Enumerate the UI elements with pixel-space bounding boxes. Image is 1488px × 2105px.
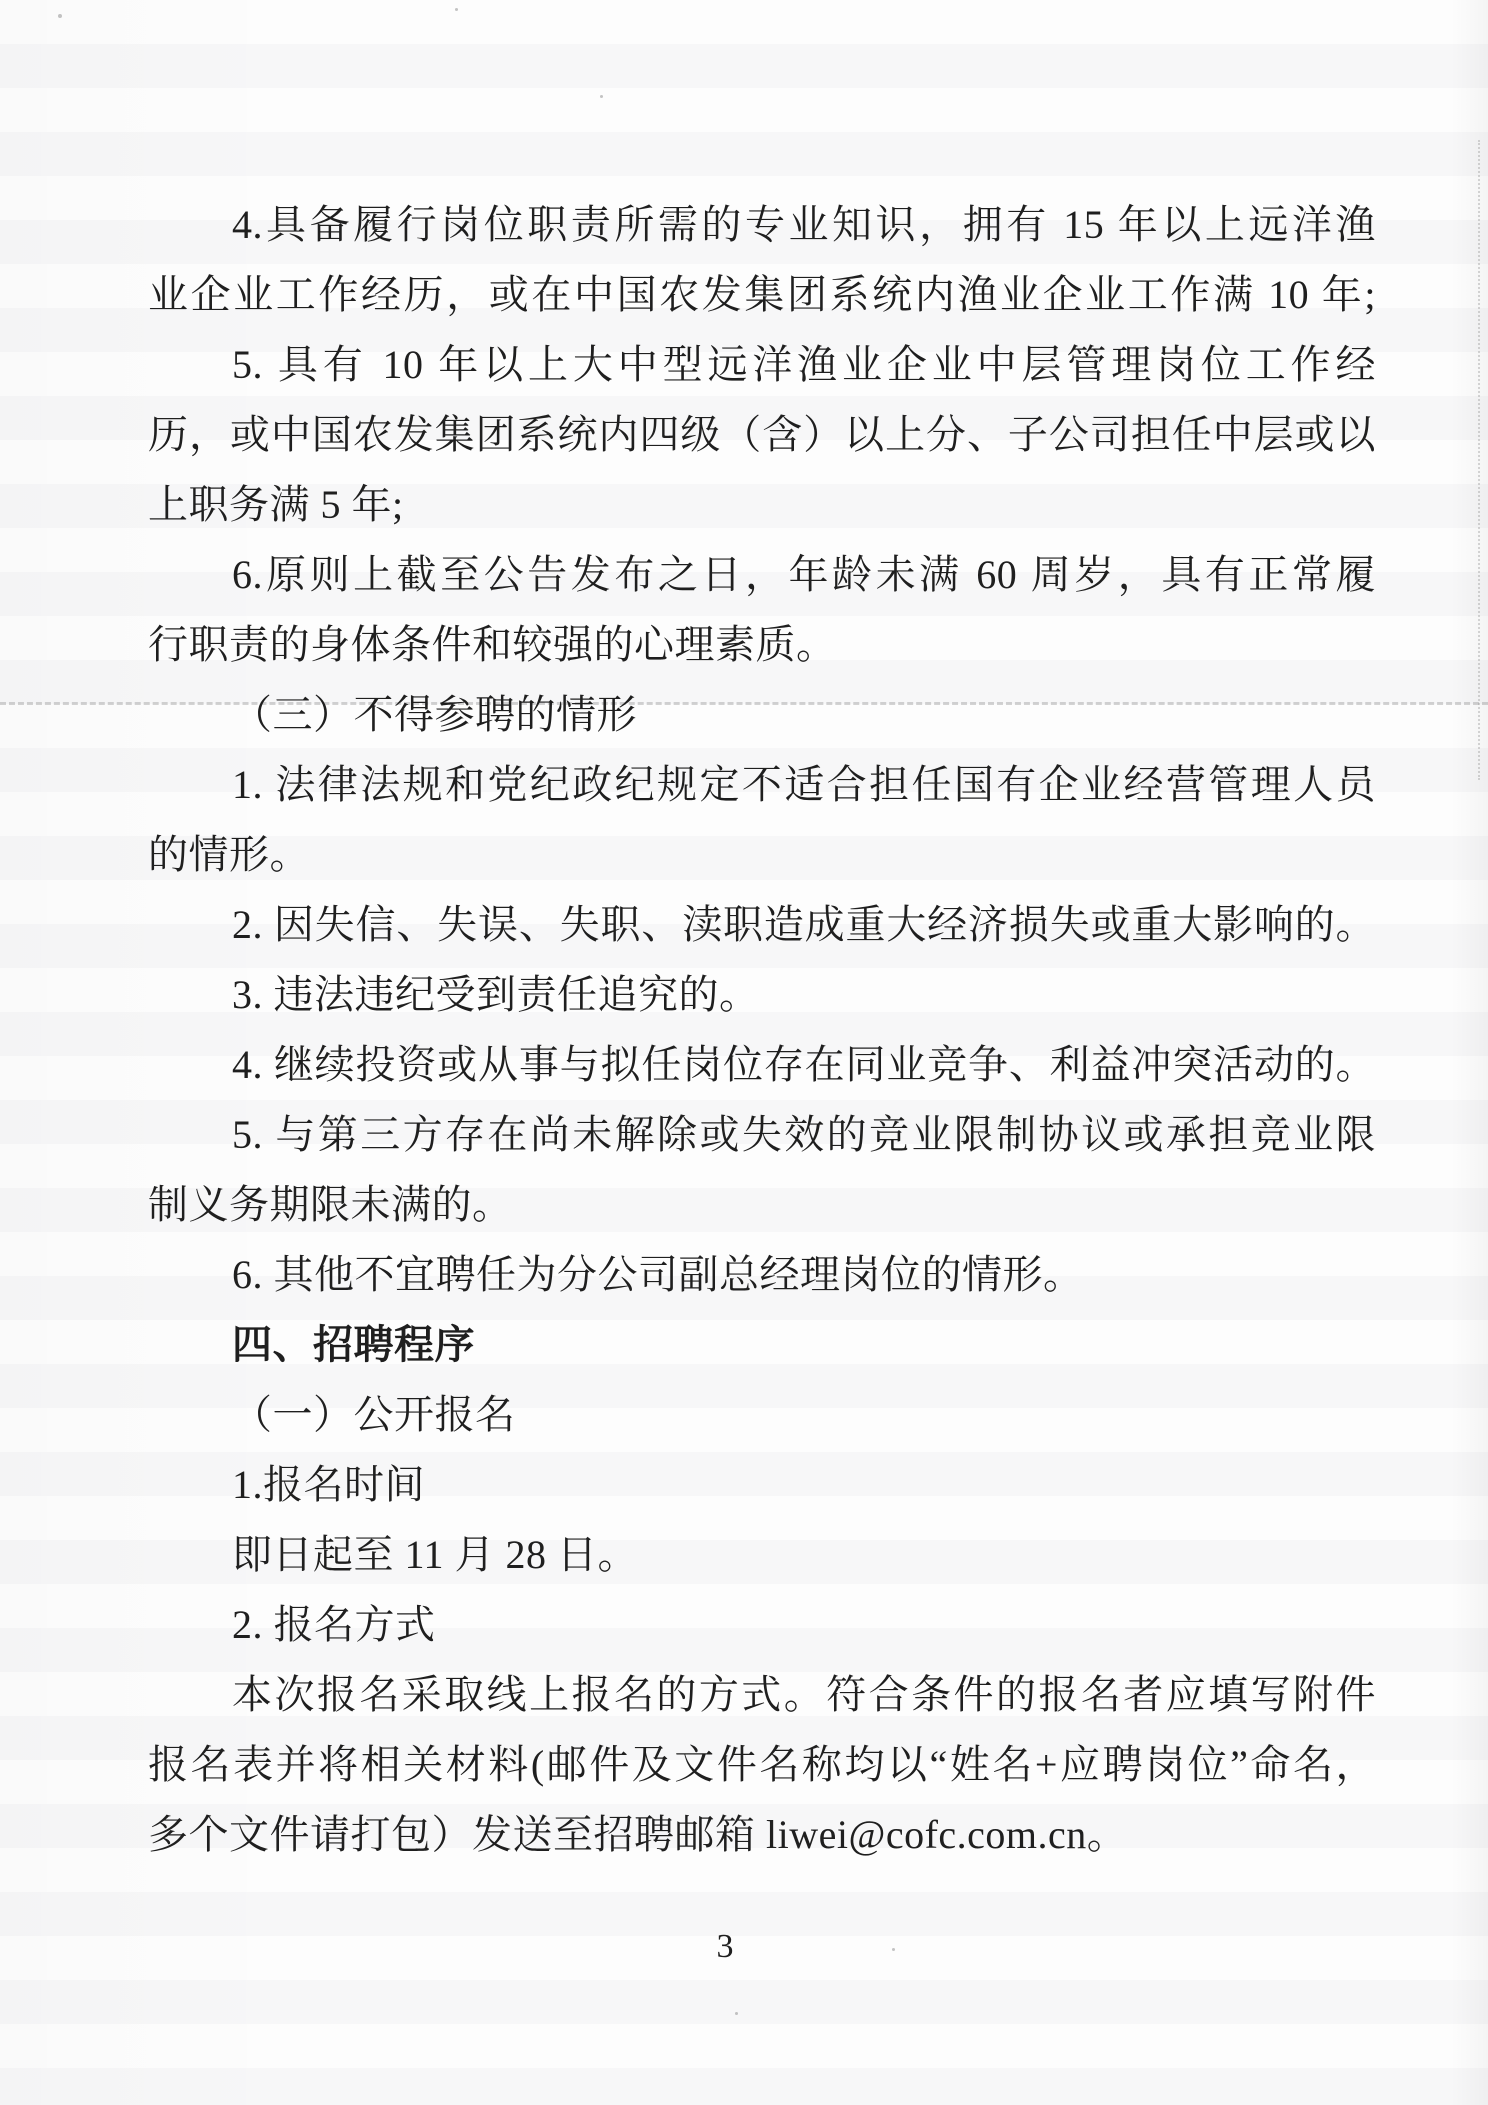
document-line: 6. 其他不宜聘任为分公司副总经理岗位的情形。 (148, 1240, 1376, 1310)
document-line: 即日起至 11 月 28 日。 (148, 1520, 1376, 1590)
document-body: 4.具备履行岗位职责所需的专业知识，拥有 15 年以上远洋渔业企业工作经历，或在… (148, 190, 1376, 1870)
document-line: 上职务满 5 年; (148, 470, 1376, 540)
scan-speck (455, 8, 458, 11)
document-line: 4. 继续投资或从事与拟任岗位存在同业竞争、利益冲突活动的。 (148, 1030, 1376, 1100)
document-line: 报名表并将相关材料(邮件及文件名称均以“姓名+应聘岗位”命名， (148, 1730, 1376, 1800)
document-line: 历，或中国农发集团系统内四级（含）以上分、子公司担任中层或以 (148, 400, 1376, 470)
document-line: 3. 违法违纪受到责任追究的。 (148, 960, 1376, 1030)
scan-edge-marks (1478, 140, 1480, 780)
document-line: 制义务期限未满的。 (148, 1170, 1376, 1240)
document-line: 的情形。 (148, 820, 1376, 890)
document-line: 1.报名时间 (148, 1450, 1376, 1520)
document-line: 5. 具有 10 年以上大中型远洋渔业企业中层管理岗位工作经 (148, 330, 1376, 400)
scan-speck (58, 14, 62, 18)
document-line: 多个文件请打包）发送至招聘邮箱 liwei@cofc.com.cn。 (148, 1800, 1376, 1870)
document-line: 1. 法律法规和党纪政纪规定不适合担任国有企业经营管理人员 (148, 750, 1376, 820)
document-line: 2. 因失信、失误、失职、渎职造成重大经济损失或重大影响的。 (148, 890, 1376, 960)
scan-speck (735, 2012, 738, 2015)
document-line: 业企业工作经历，或在中国农发集团系统内渔业企业工作满 10 年; (148, 260, 1376, 330)
document-line: 四、招聘程序 (148, 1310, 1376, 1380)
document-line: 本次报名采取线上报名的方式。符合条件的报名者应填写附件 (148, 1660, 1376, 1730)
document-line: 5. 与第三方存在尚未解除或失效的竞业限制协议或承担竞业限 (148, 1100, 1376, 1170)
document-line: 6.原则上截至公告发布之日，年龄未满 60 周岁，具有正常履 (148, 540, 1376, 610)
document-line: 4.具备履行岗位职责所需的专业知识，拥有 15 年以上远洋渔 (148, 190, 1376, 260)
scanned-page: 4.具备履行岗位职责所需的专业知识，拥有 15 年以上远洋渔业企业工作经历，或在… (0, 0, 1488, 2105)
document-line: 行职责的身体条件和较强的心理素质。 (148, 610, 1376, 680)
document-line: 2. 报名方式 (148, 1590, 1376, 1660)
document-line: （三）不得参聘的情形 (148, 680, 1376, 750)
page-number: 3 (0, 1922, 1450, 1972)
scan-speck (600, 95, 603, 98)
document-line: （一）公开报名 (148, 1380, 1376, 1450)
